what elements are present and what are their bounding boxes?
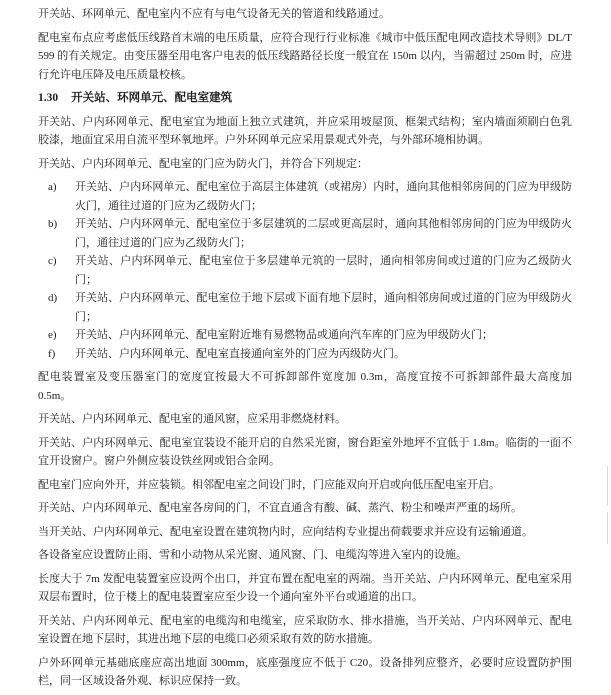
paragraph-ventilation-window: 开关站、户内环网单元、配电室的通风窗，应采用非燃烧材料。 bbox=[38, 410, 572, 429]
list-item-b: b)开关站、户内环网单元、配电室位于多层建筑的二层或更高层时，通向其他相邻房间的… bbox=[48, 215, 572, 252]
fire-door-rules-list: a)开关站、户内环网单元、配电室位于高层主体建筑（或裙房）内时，通向其他相邻房间… bbox=[38, 178, 572, 363]
paragraph-outdoor-base: 户外环网单元基础底座应高出地面 300mm，底座强度应不低于 C20。设备排列应… bbox=[38, 654, 572, 691]
paragraph-pipes-lines: 开关站、环网单元、配电室内不应有与电气设备无关的管道和线路通过。 bbox=[38, 5, 572, 24]
paragraph-door-outward: 配电室门应向外开，并应装锁。相邻配电室之间设门时，门应能双向开启或向低压配电室开… bbox=[38, 476, 572, 495]
list-item-f: f)开关站、户内环网单元、配电室直接通向室外的门应为丙级防火门。 bbox=[48, 345, 572, 364]
paragraph-daylight-window: 开关站、户内环网单元、配电室宜装设不能开启的自然采光窗，窗台距室外地坪不宜低于 … bbox=[38, 434, 572, 471]
list-item-text: 开关站、户内环网单元、配电室位于多层建筑的二层或更高层时，通向其他相邻房间的门应… bbox=[75, 215, 572, 252]
list-item-c: c)开关站、户内环网单元、配电室位于多层建单元筑的一层时，通向相邻房间或过道的门… bbox=[48, 252, 572, 289]
list-item-label: e) bbox=[48, 326, 75, 345]
section-number: 1.30 bbox=[38, 92, 58, 104]
paragraph-voltage-quality: 配电室布点应考虑低压线路首末端的电压质量，应符合现行行业标准《城市中低压配电网改… bbox=[38, 29, 572, 85]
right-edge-artifact bbox=[607, 512, 608, 544]
list-item-text: 开关站、户内环网单元、配电室位于地下层或下面有地下层时，通向相邻房间或过道的门应… bbox=[75, 289, 572, 326]
paragraph-two-exits: 长度大于 7m 发配电装置室应设两个出口，并宜布置在配电室的两端。当开关站、户内… bbox=[38, 570, 572, 607]
list-item-label: d) bbox=[48, 289, 75, 308]
paragraph-door-dimensions: 配电装置室及变压器室门的宽度宜按最大不可拆卸部件宽度加 0.3m，高度宜按不可拆… bbox=[38, 368, 572, 405]
paragraph-building-structure: 开关站、户内环网单元、配电室宜为地面上独立式建筑，并应采用坡屋顶、框架式结构；室… bbox=[38, 113, 572, 150]
paragraph-cable-trench: 开关站、户内环网单元、配电室的电缆沟和电缆室，应采取防水、排水措施，当开关站、户… bbox=[38, 612, 572, 649]
list-item-text: 开关站、户内环网单元、配电室附近堆有易燃物品或通向汽车库的门应为甲级防火门； bbox=[75, 326, 572, 345]
list-item-label: f) bbox=[48, 345, 75, 364]
list-item-text: 开关站、户内环网单元、配电室位于多层建单元筑的一层时，通向相邻房间或过道的门应为… bbox=[75, 252, 572, 289]
paragraph-room-doors: 开关站、户内环网单元、配电室各房间的门，不宜直通含有酸、碱、蒸汽、粉尘和噪声严重… bbox=[38, 499, 572, 518]
list-item-d: d)开关站、户内环网单元、配电室位于地下层或下面有地下层时，通向相邻房间或过道的… bbox=[48, 289, 572, 326]
section-heading: 1.30开关站、环网单元、配电室建筑 bbox=[38, 89, 572, 108]
list-item-e: e)开关站、户内环网单元、配电室附近堆有易燃物品或通向汽车库的门应为甲级防火门； bbox=[48, 326, 572, 345]
list-item-label: b) bbox=[48, 215, 75, 234]
list-item-text: 开关站、户内环网单元、配电室位于高层主体建筑（或裙房）内时，通向其他相邻房间的门… bbox=[75, 178, 572, 215]
paragraph-animal-protection: 各设备室应设置防止雨、雪和小动物从采光窗、通风窗、门、电缆沟等进入室内的设施。 bbox=[38, 546, 572, 565]
list-item-a: a)开关站、户内环网单元、配电室位于高层主体建筑（或裙房）内时，通向其他相邻房间… bbox=[48, 178, 572, 215]
right-edge-artifact bbox=[607, 466, 608, 506]
paragraph-load-requirement: 当开关站、户内环网单元、配电室设置在建筑物内时，应向结构专业提出荷载要求并应设有… bbox=[38, 523, 572, 542]
document-page: 开关站、环网单元、配电室内不应有与电气设备无关的管道和线路通过。 配电室布点应考… bbox=[0, 0, 611, 695]
section-title: 开关站、环网单元、配电室建筑 bbox=[71, 92, 232, 104]
paragraph-fire-door-intro: 开关站、户内环网单元、配电室的门应为防火门，并符合下列规定： bbox=[38, 155, 572, 174]
list-item-label: c) bbox=[48, 252, 75, 271]
list-item-label: a) bbox=[48, 178, 75, 197]
list-item-text: 开关站、户内环网单元、配电室直接通向室外的门应为丙级防火门。 bbox=[75, 345, 572, 364]
